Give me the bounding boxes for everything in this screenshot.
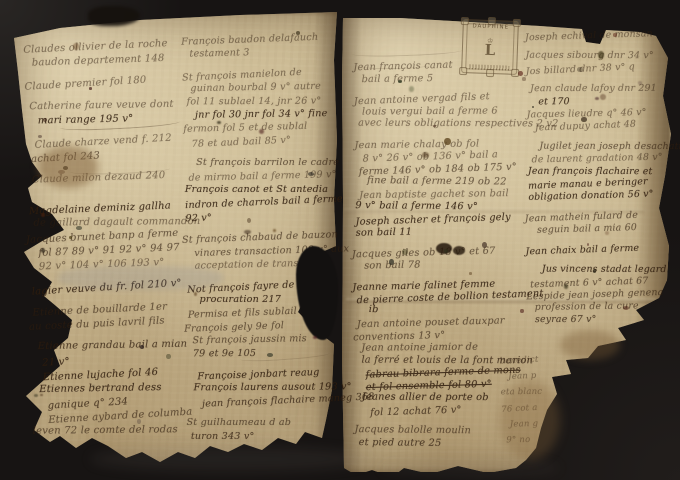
paper-speckle [389,259,393,265]
manuscript-line: de laurent gradation 48 v° [531,152,671,167]
paper-speckle [482,242,487,248]
manuscript-line: louis vergui bail a ferme 6 [362,105,528,119]
paper-speckle [593,269,596,272]
paper-speckle [577,67,583,72]
manuscript-line: leven 72 le comte del rodas [33,423,198,439]
background-smudge [90,446,370,472]
paper-speckle [581,117,587,121]
manuscript-line: turon 343 v° [191,429,342,442]
manuscript-line: seyrae 67 v° [535,313,675,326]
paper-speckle [194,292,197,296]
paper-speckle [444,249,448,253]
paper-speckle [140,345,143,349]
paper-speckle [433,125,435,127]
tear-edge-stain [560,330,620,360]
paper-speckle [469,272,472,274]
paper-speckle [69,236,72,239]
right-page-column-2: Joseph echival de monsanJacques sibourg … [521,28,675,327]
paper-speckle [217,121,221,124]
paper-speckle [273,229,276,231]
paper-speckle [595,97,599,100]
paper-speckle [34,394,38,398]
manuscript-line: St guilhaumeau d ab [187,416,342,429]
fragment-stain [500,380,560,460]
stamp-corner-knob [461,17,469,25]
stamp-edge-knob [488,17,496,25]
paper-speckle [613,33,616,36]
ink-blot [453,246,465,255]
background-smudge [380,460,560,476]
paper-speckle [137,419,141,424]
manuscript-line: bail a ferme 5 [361,71,527,86]
paper-speckle [73,43,79,49]
paper-speckle [409,86,414,91]
paper-speckle [600,94,606,100]
paper-speckle [308,172,314,176]
blue-faded-streak [58,266,223,290]
manuscript-line: profession de la cure [535,300,675,314]
left-page-column-2: François baudon delafauchtestament 3St f… [177,31,342,445]
left-page-column-1: Claudes ollivier de la rochebaudon depar… [19,37,198,441]
paper-speckle [76,226,81,230]
paper-speckle [444,138,450,145]
manuscript-line: guinan bourbal 9 v° autre [190,80,333,96]
paper-speckle [41,213,45,217]
paper-speckle [638,81,642,85]
paper-speckle [598,51,604,59]
paper-speckle [532,106,535,108]
manuscript-scan: DAUPHINÉ ♔ L Claudes ollivier de la roch… [0,0,680,480]
paper-speckle [522,77,525,80]
stamp-corner-knob [513,19,521,27]
paper-speckle [89,87,93,90]
paper-speckle [43,118,48,122]
manuscript-line: avec leurs obligations respectives 2 v2 [358,118,528,131]
paper-speckle [244,230,250,234]
paper-speckle [313,336,317,339]
paper-speckle [40,394,42,396]
